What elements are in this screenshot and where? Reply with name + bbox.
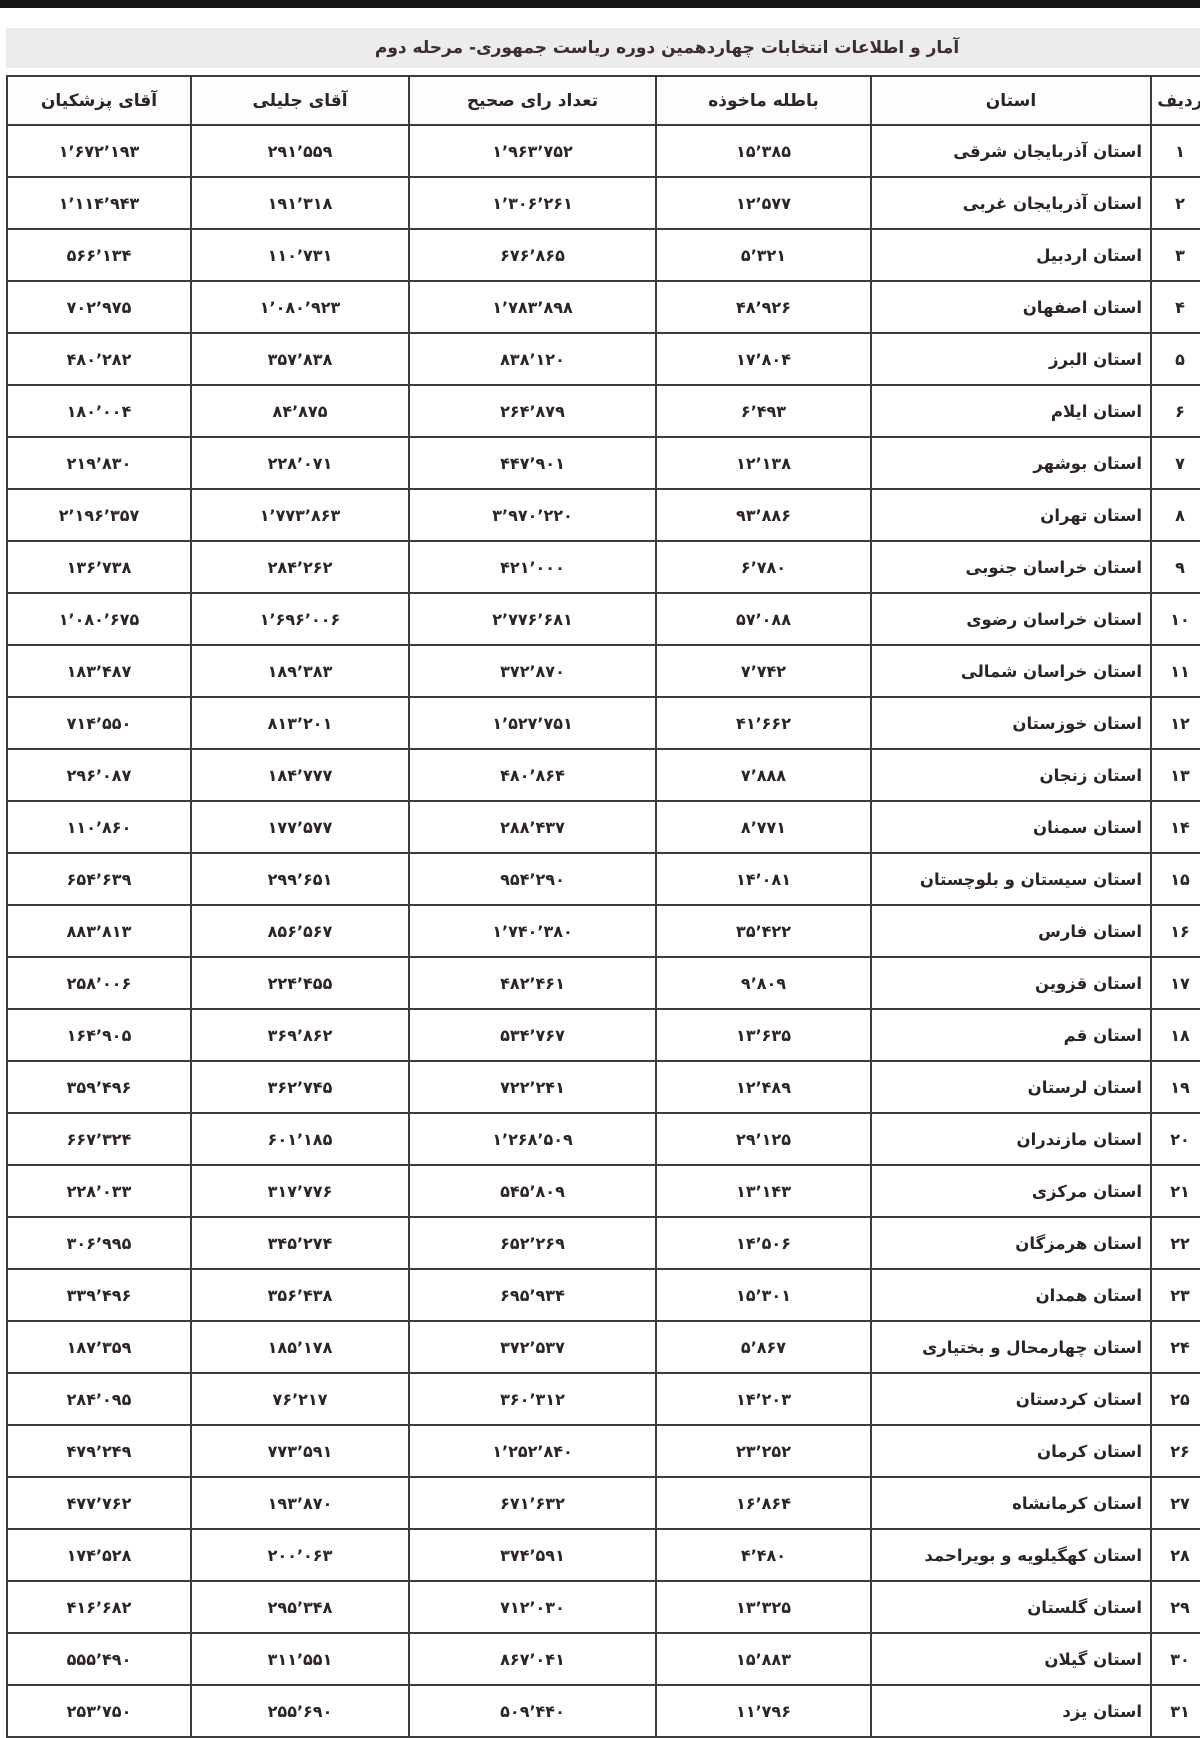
valid-votes-cell: ۸۶۷٬۰۴۱: [409, 1633, 656, 1685]
table-row: ۱۱ استان خراسان شمالی ۷٬۷۴۲ ۳۷۲٬۸۷۰ ۱۸۹٬…: [7, 645, 1200, 697]
pezeshkian-votes-cell: ۵۵۵٬۴۹۰: [7, 1633, 191, 1685]
table-row: ۲۵ استان کردستان ۱۴٬۲۰۳ ۳۶۰٬۳۱۲ ۷۶٬۲۱۷ ۲…: [7, 1373, 1200, 1425]
jalili-votes-cell: ۱۸۹٬۳۸۳: [191, 645, 409, 697]
province-cell: استان زنجان: [871, 749, 1151, 801]
valid-votes-cell: ۱٬۹۶۳٬۷۵۲: [409, 125, 656, 177]
invalid-votes-cell: ۹٬۸۰۹: [656, 957, 871, 1009]
jalili-votes-cell: ۱٬۷۷۳٬۸۶۳: [191, 489, 409, 541]
invalid-votes-cell: ۶٬۷۸۰: [656, 541, 871, 593]
table-row: ۲۰ استان مازندران ۲۹٬۱۲۵ ۱٬۲۶۸٬۵۰۹ ۶۰۱٬۱…: [7, 1113, 1200, 1165]
valid-votes-cell: ۴۸۲٬۴۶۱: [409, 957, 656, 1009]
pezeshkian-votes-cell: ۱۸۳٬۴۸۷: [7, 645, 191, 697]
valid-votes-cell: ۵۴۵٬۸۰۹: [409, 1165, 656, 1217]
valid-votes-cell: ۹۵۴٬۲۹۰: [409, 853, 656, 905]
valid-votes-cell: ۸۳۸٬۱۲۰: [409, 333, 656, 385]
row-number-cell: ۱۰: [1151, 593, 1200, 645]
valid-votes-cell: ۶۷۶٬۸۶۵: [409, 229, 656, 281]
valid-votes-cell: ۱٬۷۴۰٬۳۸۰: [409, 905, 656, 957]
jalili-votes-cell: ۳۵۷٬۸۳۸: [191, 333, 409, 385]
jalili-votes-cell: ۳۵۶٬۴۳۸: [191, 1269, 409, 1321]
pezeshkian-votes-cell: ۳۳۹٬۴۹۶: [7, 1269, 191, 1321]
row-number-cell: ۲۶: [1151, 1425, 1200, 1477]
province-cell: استان کهگیلویه و بویراحمد: [871, 1529, 1151, 1581]
province-cell: استان تهران: [871, 489, 1151, 541]
invalid-votes-cell: ۱۳٬۶۳۵: [656, 1009, 871, 1061]
row-number-cell: ۱۴: [1151, 801, 1200, 853]
invalid-votes-cell: ۴۱٬۶۶۲: [656, 697, 871, 749]
row-number-cell: ۳۰: [1151, 1633, 1200, 1685]
table-row: ۲۳ استان همدان ۱۵٬۳۰۱ ۶۹۵٬۹۳۴ ۳۵۶٬۴۳۸ ۳۳…: [7, 1269, 1200, 1321]
row-number-cell: ۲۸: [1151, 1529, 1200, 1581]
invalid-votes-cell: ۷٬۸۸۸: [656, 749, 871, 801]
valid-votes-cell: ۲٬۷۷۶٬۶۸۱: [409, 593, 656, 645]
row-number-cell: ۹: [1151, 541, 1200, 593]
pezeshkian-votes-cell: ۱٬۰۸۰٬۶۷۵: [7, 593, 191, 645]
jalili-votes-cell: ۲۹۱٬۵۵۹: [191, 125, 409, 177]
invalid-votes-cell: ۱۳٬۳۲۵: [656, 1581, 871, 1633]
row-number-cell: ۲۲: [1151, 1217, 1200, 1269]
valid-votes-cell: ۲۶۴٬۸۷۹: [409, 385, 656, 437]
table-row: ۲ استان آذربایجان غربی ۱۲٬۵۷۷ ۱٬۳۰۶٬۲۶۱ …: [7, 177, 1200, 229]
jalili-votes-cell: ۱۷۷٬۵۷۷: [191, 801, 409, 853]
table-row: ۱۳ استان زنجان ۷٬۸۸۸ ۴۸۰٬۸۶۴ ۱۸۴٬۷۷۷ ۲۹۶…: [7, 749, 1200, 801]
document-page: آمار و اطلاعات انتخابات چهاردهمین دوره ر…: [6, 28, 1200, 1718]
table-row: ۱۶ استان فارس ۳۵٬۴۲۲ ۱٬۷۴۰٬۳۸۰ ۸۵۶٬۵۶۷ ۸…: [7, 905, 1200, 957]
valid-votes-cell: ۷۱۲٬۰۳۰: [409, 1581, 656, 1633]
invalid-votes-cell: ۲۹٬۱۲۵: [656, 1113, 871, 1165]
jalili-votes-cell: ۲۲۴٬۴۵۵: [191, 957, 409, 1009]
table-header-row: ردیف استان باطله ماخوذه تعداد رای صحیح آ…: [7, 76, 1200, 125]
jalili-votes-cell: ۱۹۱٬۳۱۸: [191, 177, 409, 229]
pezeshkian-votes-cell: ۲۵۳٬۷۵۰: [7, 1685, 191, 1718]
jalili-votes-cell: ۱۱۰٬۷۳۱: [191, 229, 409, 281]
jalili-votes-cell: ۱۹۳٬۸۷۰: [191, 1477, 409, 1529]
province-cell: استان سیستان و بلوچستان: [871, 853, 1151, 905]
valid-votes-cell: ۱٬۲۵۲٬۸۴۰: [409, 1425, 656, 1477]
invalid-votes-cell: ۵٬۸۶۷: [656, 1321, 871, 1373]
table-row: ۲۷ استان کرمانشاه ۱۶٬۸۶۴ ۶۷۱٬۶۳۲ ۱۹۳٬۸۷۰…: [7, 1477, 1200, 1529]
row-number-cell: ۱۳: [1151, 749, 1200, 801]
valid-votes-cell: ۴۲۱٬۰۰۰: [409, 541, 656, 593]
jalili-votes-cell: ۳۱۷٬۷۷۶: [191, 1165, 409, 1217]
table-row: ۲۴ استان چهارمحال و بختیاری ۵٬۸۶۷ ۳۷۲٬۵۳…: [7, 1321, 1200, 1373]
row-number-cell: ۳: [1151, 229, 1200, 281]
pezeshkian-votes-cell: ۳۰۶٬۹۹۵: [7, 1217, 191, 1269]
row-number-cell: ۱۱: [1151, 645, 1200, 697]
province-cell: استان چهارمحال و بختیاری: [871, 1321, 1151, 1373]
pezeshkian-votes-cell: ۳۵۹٬۴۹۶: [7, 1061, 191, 1113]
valid-votes-cell: ۴۸۰٬۸۶۴: [409, 749, 656, 801]
province-cell: استان سمنان: [871, 801, 1151, 853]
invalid-votes-cell: ۴۸٬۹۲۶: [656, 281, 871, 333]
province-cell: استان آذربایجان شرقی: [871, 125, 1151, 177]
table-row: ۱۵ استان سیستان و بلوچستان ۱۴٬۰۸۱ ۹۵۴٬۲۹…: [7, 853, 1200, 905]
valid-votes-cell: ۱٬۲۶۸٬۵۰۹: [409, 1113, 656, 1165]
table-row: ۸ استان تهران ۹۳٬۸۸۶ ۳٬۹۷۰٬۲۲۰ ۱٬۷۷۳٬۸۶۳…: [7, 489, 1200, 541]
province-cell: استان یزد: [871, 1685, 1151, 1718]
valid-votes-cell: ۱٬۵۲۷٬۷۵۱: [409, 697, 656, 749]
table-row: ۶ استان ایلام ۶٬۴۹۳ ۲۶۴٬۸۷۹ ۸۴٬۸۷۵ ۱۸۰٬۰…: [7, 385, 1200, 437]
table-row: ۱۸ استان قم ۱۳٬۶۳۵ ۵۳۴٬۷۶۷ ۳۶۹٬۸۶۲ ۱۶۴٬۹…: [7, 1009, 1200, 1061]
province-cell: استان مازندران: [871, 1113, 1151, 1165]
row-number-cell: ۷: [1151, 437, 1200, 489]
row-number-cell: ۱۲: [1151, 697, 1200, 749]
invalid-votes-cell: ۱۷٬۸۰۴: [656, 333, 871, 385]
row-number-cell: ۵: [1151, 333, 1200, 385]
valid-votes-cell: ۱٬۳۰۶٬۲۶۱: [409, 177, 656, 229]
pezeshkian-votes-cell: ۶۶۷٬۳۲۴: [7, 1113, 191, 1165]
province-cell: استان خراسان رضوی: [871, 593, 1151, 645]
province-cell: استان لرستان: [871, 1061, 1151, 1113]
province-cell: استان هرمزگان: [871, 1217, 1151, 1269]
province-cell: استان خراسان شمالی: [871, 645, 1151, 697]
jalili-votes-cell: ۳۴۵٬۲۷۴: [191, 1217, 409, 1269]
pezeshkian-votes-cell: ۲۵۸٬۰۰۶: [7, 957, 191, 1009]
pezeshkian-votes-cell: ۷۰۲٬۹۷۵: [7, 281, 191, 333]
valid-votes-cell: ۳۷۲٬۸۷۰: [409, 645, 656, 697]
pezeshkian-votes-cell: ۷۱۴٬۵۵۰: [7, 697, 191, 749]
pezeshkian-votes-cell: ۱۷۴٬۵۲۸: [7, 1529, 191, 1581]
report-title-bar: آمار و اطلاعات انتخابات چهاردهمین دوره ر…: [6, 28, 1200, 68]
province-cell: استان گلستان: [871, 1581, 1151, 1633]
jalili-votes-cell: ۷۶٬۲۱۷: [191, 1373, 409, 1425]
table-row: ۵ استان البرز ۱۷٬۸۰۴ ۸۳۸٬۱۲۰ ۳۵۷٬۸۳۸ ۴۸۰…: [7, 333, 1200, 385]
province-cell: استان کردستان: [871, 1373, 1151, 1425]
invalid-votes-cell: ۱۵٬۸۸۳: [656, 1633, 871, 1685]
province-cell: استان البرز: [871, 333, 1151, 385]
table-row: ۲۶ استان کرمان ۲۳٬۲۵۲ ۱٬۲۵۲٬۸۴۰ ۷۷۳٬۵۹۱ …: [7, 1425, 1200, 1477]
invalid-votes-cell: ۲۳٬۲۵۲: [656, 1425, 871, 1477]
province-cell: استان خوزستان: [871, 697, 1151, 749]
invalid-votes-cell: ۹۳٬۸۸۶: [656, 489, 871, 541]
col-header-invalid-votes: باطله ماخوذه: [656, 76, 871, 125]
table-row: ۹ استان خراسان جنوبی ۶٬۷۸۰ ۴۲۱٬۰۰۰ ۲۸۴٬۲…: [7, 541, 1200, 593]
invalid-votes-cell: ۱۵٬۳۸۵: [656, 125, 871, 177]
jalili-votes-cell: ۳۶۲٬۷۴۵: [191, 1061, 409, 1113]
pezeshkian-votes-cell: ۲۱۹٬۸۳۰: [7, 437, 191, 489]
row-number-cell: ۲: [1151, 177, 1200, 229]
row-number-cell: ۱۹: [1151, 1061, 1200, 1113]
valid-votes-cell: ۶۵۲٬۲۶۹: [409, 1217, 656, 1269]
invalid-votes-cell: ۵٬۳۲۱: [656, 229, 871, 281]
pezeshkian-votes-cell: ۲۲۸٬۰۳۳: [7, 1165, 191, 1217]
province-cell: استان مرکزی: [871, 1165, 1151, 1217]
invalid-votes-cell: ۳۵٬۴۲۲: [656, 905, 871, 957]
valid-votes-cell: ۲۸۸٬۴۳۷: [409, 801, 656, 853]
invalid-votes-cell: ۵۷٬۰۸۸: [656, 593, 871, 645]
row-number-cell: ۲۹: [1151, 1581, 1200, 1633]
pezeshkian-votes-cell: ۸۸۳٬۸۱۳: [7, 905, 191, 957]
pezeshkian-votes-cell: ۱۱۰٬۸۶۰: [7, 801, 191, 853]
province-cell: استان کرمان: [871, 1425, 1151, 1477]
invalid-votes-cell: ۱۴٬۲۰۳: [656, 1373, 871, 1425]
table-row: ۱۰ استان خراسان رضوی ۵۷٬۰۸۸ ۲٬۷۷۶٬۶۸۱ ۱٬…: [7, 593, 1200, 645]
province-cell: استان اصفهان: [871, 281, 1151, 333]
table-row: ۲۸ استان کهگیلویه و بویراحمد ۴٬۴۸۰ ۳۷۴٬۵…: [7, 1529, 1200, 1581]
col-header-jalili-votes: آقای جلیلی: [191, 76, 409, 125]
table-row: ۱ استان آذربایجان شرقی ۱۵٬۳۸۵ ۱٬۹۶۳٬۷۵۲ …: [7, 125, 1200, 177]
province-cell: استان قم: [871, 1009, 1151, 1061]
jalili-votes-cell: ۲۲۸٬۰۷۱: [191, 437, 409, 489]
row-number-cell: ۲۷: [1151, 1477, 1200, 1529]
row-number-cell: ۱۷: [1151, 957, 1200, 1009]
invalid-votes-cell: ۱۶٬۸۶۴: [656, 1477, 871, 1529]
pezeshkian-votes-cell: ۶۵۴٬۶۳۹: [7, 853, 191, 905]
jalili-votes-cell: ۳۶۹٬۸۶۲: [191, 1009, 409, 1061]
table-row: ۱۲ استان خوزستان ۴۱٬۶۶۲ ۱٬۵۲۷٬۷۵۱ ۸۱۳٬۲۰…: [7, 697, 1200, 749]
col-header-province: استان: [871, 76, 1151, 125]
pezeshkian-votes-cell: ۴۷۷٬۷۶۲: [7, 1477, 191, 1529]
row-number-cell: ۱: [1151, 125, 1200, 177]
election-results-table: ردیف استان باطله ماخوذه تعداد رای صحیح آ…: [6, 75, 1200, 1718]
invalid-votes-cell: ۱۴٬۰۸۱: [656, 853, 871, 905]
table-row: ۲۱ استان مرکزی ۱۳٬۱۴۳ ۵۴۵٬۸۰۹ ۳۱۷٬۷۷۶ ۲۲…: [7, 1165, 1200, 1217]
invalid-votes-cell: ۶٬۴۹۳: [656, 385, 871, 437]
jalili-votes-cell: ۷۷۳٬۵۹۱: [191, 1425, 409, 1477]
invalid-votes-cell: ۱۲٬۴۸۹: [656, 1061, 871, 1113]
table-row: ۷ استان بوشهر ۱۲٬۱۳۸ ۴۴۷٬۹۰۱ ۲۲۸٬۰۷۱ ۲۱۹…: [7, 437, 1200, 489]
invalid-votes-cell: ۸٬۷۷۱: [656, 801, 871, 853]
pezeshkian-votes-cell: ۱٬۱۱۴٬۹۴۳: [7, 177, 191, 229]
invalid-votes-cell: ۴٬۴۸۰: [656, 1529, 871, 1581]
table-row: ۳ استان اردبیل ۵٬۳۲۱ ۶۷۶٬۸۶۵ ۱۱۰٬۷۳۱ ۵۶۶…: [7, 229, 1200, 281]
top-window-bar: [0, 0, 1200, 8]
pezeshkian-votes-cell: ۴۸۰٬۲۸۲: [7, 333, 191, 385]
valid-votes-cell: ۳۷۴٬۵۹۱: [409, 1529, 656, 1581]
col-header-valid-votes: تعداد رای صحیح: [409, 76, 656, 125]
jalili-votes-cell: ۳۱۱٬۵۵۱: [191, 1633, 409, 1685]
invalid-votes-cell: ۷٬۷۴۲: [656, 645, 871, 697]
valid-votes-cell: ۵۰۹٬۴۴۰: [409, 1685, 656, 1718]
row-number-cell: ۱۶: [1151, 905, 1200, 957]
valid-votes-cell: ۶۷۱٬۶۳۲: [409, 1477, 656, 1529]
pezeshkian-votes-cell: ۱٬۶۷۲٬۱۹۳: [7, 125, 191, 177]
table-row: ۳۱ استان یزد ۱۱٬۷۹۶ ۵۰۹٬۴۴۰ ۲۵۵٬۶۹۰ ۲۵۳٬…: [7, 1685, 1200, 1718]
table-row: ۲۹ استان گلستان ۱۳٬۳۲۵ ۷۱۲٬۰۳۰ ۲۹۵٬۳۴۸ ۴…: [7, 1581, 1200, 1633]
table-row: ۲۲ استان هرمزگان ۱۴٬۵۰۶ ۶۵۲٬۲۶۹ ۳۴۵٬۲۷۴ …: [7, 1217, 1200, 1269]
jalili-votes-cell: ۶۰۱٬۱۸۵: [191, 1113, 409, 1165]
valid-votes-cell: ۱٬۷۸۳٬۸۹۸: [409, 281, 656, 333]
valid-votes-cell: ۷۲۲٬۲۴۱: [409, 1061, 656, 1113]
invalid-votes-cell: ۱۵٬۳۰۱: [656, 1269, 871, 1321]
jalili-votes-cell: ۱٬۰۸۰٬۹۲۳: [191, 281, 409, 333]
report-title: آمار و اطلاعات انتخابات چهاردهمین دوره ر…: [375, 38, 959, 58]
row-number-cell: ۸: [1151, 489, 1200, 541]
row-number-cell: ۲۵: [1151, 1373, 1200, 1425]
row-number-cell: ۲۱: [1151, 1165, 1200, 1217]
pezeshkian-votes-cell: ۴۷۹٬۲۴۹: [7, 1425, 191, 1477]
table-row: ۴ استان اصفهان ۴۸٬۹۲۶ ۱٬۷۸۳٬۸۹۸ ۱٬۰۸۰٬۹۲…: [7, 281, 1200, 333]
valid-votes-cell: ۶۹۵٬۹۳۴: [409, 1269, 656, 1321]
province-cell: استان گیلان: [871, 1633, 1151, 1685]
pezeshkian-votes-cell: ۱۳۶٬۷۳۸: [7, 541, 191, 593]
province-cell: استان اردبیل: [871, 229, 1151, 281]
pezeshkian-votes-cell: ۱۸۷٬۳۵۹: [7, 1321, 191, 1373]
province-cell: استان ایلام: [871, 385, 1151, 437]
row-number-cell: ۲۳: [1151, 1269, 1200, 1321]
province-cell: استان خراسان جنوبی: [871, 541, 1151, 593]
jalili-votes-cell: ۲۸۴٬۲۶۲: [191, 541, 409, 593]
province-cell: استان همدان: [871, 1269, 1151, 1321]
invalid-votes-cell: ۱۲٬۵۷۷: [656, 177, 871, 229]
pezeshkian-votes-cell: ۴۱۶٬۶۸۲: [7, 1581, 191, 1633]
invalid-votes-cell: ۱۱٬۷۹۶: [656, 1685, 871, 1718]
valid-votes-cell: ۳۶۰٬۳۱۲: [409, 1373, 656, 1425]
pezeshkian-votes-cell: ۱۶۴٬۹۰۵: [7, 1009, 191, 1061]
invalid-votes-cell: ۱۴٬۵۰۶: [656, 1217, 871, 1269]
table-row: ۱۴ استان سمنان ۸٬۷۷۱ ۲۸۸٬۴۳۷ ۱۷۷٬۵۷۷ ۱۱۰…: [7, 801, 1200, 853]
jalili-votes-cell: ۸۵۶٬۵۶۷: [191, 905, 409, 957]
row-number-cell: ۶: [1151, 385, 1200, 437]
jalili-votes-cell: ۲۹۵٬۳۴۸: [191, 1581, 409, 1633]
table-row: ۳۰ استان گیلان ۱۵٬۸۸۳ ۸۶۷٬۰۴۱ ۳۱۱٬۵۵۱ ۵۵…: [7, 1633, 1200, 1685]
pezeshkian-votes-cell: ۵۶۶٬۱۳۴: [7, 229, 191, 281]
row-number-cell: ۱۸: [1151, 1009, 1200, 1061]
row-number-cell: ۱۵: [1151, 853, 1200, 905]
invalid-votes-cell: ۱۲٬۱۳۸: [656, 437, 871, 489]
col-header-row-number: ردیف: [1151, 76, 1200, 125]
table-row: ۱۷ استان قزوین ۹٬۸۰۹ ۴۸۲٬۴۶۱ ۲۲۴٬۴۵۵ ۲۵۸…: [7, 957, 1200, 1009]
invalid-votes-cell: ۱۳٬۱۴۳: [656, 1165, 871, 1217]
jalili-votes-cell: ۱۸۴٬۷۷۷: [191, 749, 409, 801]
jalili-votes-cell: ۸۴٬۸۷۵: [191, 385, 409, 437]
table-row: ۱۹ استان لرستان ۱۲٬۴۸۹ ۷۲۲٬۲۴۱ ۳۶۲٬۷۴۵ ۳…: [7, 1061, 1200, 1113]
province-cell: استان کرمانشاه: [871, 1477, 1151, 1529]
jalili-votes-cell: ۸۱۳٬۲۰۱: [191, 697, 409, 749]
col-header-pezeshkian-votes: آقای پزشکیان: [7, 76, 191, 125]
pezeshkian-votes-cell: ۲٬۱۹۶٬۳۵۷: [7, 489, 191, 541]
row-number-cell: ۴: [1151, 281, 1200, 333]
jalili-votes-cell: ۱٬۶۹۶٬۰۰۶: [191, 593, 409, 645]
row-number-cell: ۲۰: [1151, 1113, 1200, 1165]
province-cell: استان آذربایجان غربی: [871, 177, 1151, 229]
valid-votes-cell: ۴۴۷٬۹۰۱: [409, 437, 656, 489]
valid-votes-cell: ۳٬۹۷۰٬۲۲۰: [409, 489, 656, 541]
row-number-cell: ۲۴: [1151, 1321, 1200, 1373]
row-number-cell: ۳۱: [1151, 1685, 1200, 1718]
pezeshkian-votes-cell: ۱۸۰٬۰۰۴: [7, 385, 191, 437]
jalili-votes-cell: ۱۸۵٬۱۷۸: [191, 1321, 409, 1373]
province-cell: استان بوشهر: [871, 437, 1151, 489]
province-cell: استان قزوین: [871, 957, 1151, 1009]
valid-votes-cell: ۳۷۲٬۵۳۷: [409, 1321, 656, 1373]
jalili-votes-cell: ۲۵۵٬۶۹۰: [191, 1685, 409, 1718]
pezeshkian-votes-cell: ۲۸۴٬۰۹۵: [7, 1373, 191, 1425]
jalili-votes-cell: ۲۹۹٬۶۵۱: [191, 853, 409, 905]
valid-votes-cell: ۵۳۴٬۷۶۷: [409, 1009, 656, 1061]
jalili-votes-cell: ۲۰۰٬۰۶۳: [191, 1529, 409, 1581]
province-cell: استان فارس: [871, 905, 1151, 957]
pezeshkian-votes-cell: ۲۹۶٬۰۸۷: [7, 749, 191, 801]
